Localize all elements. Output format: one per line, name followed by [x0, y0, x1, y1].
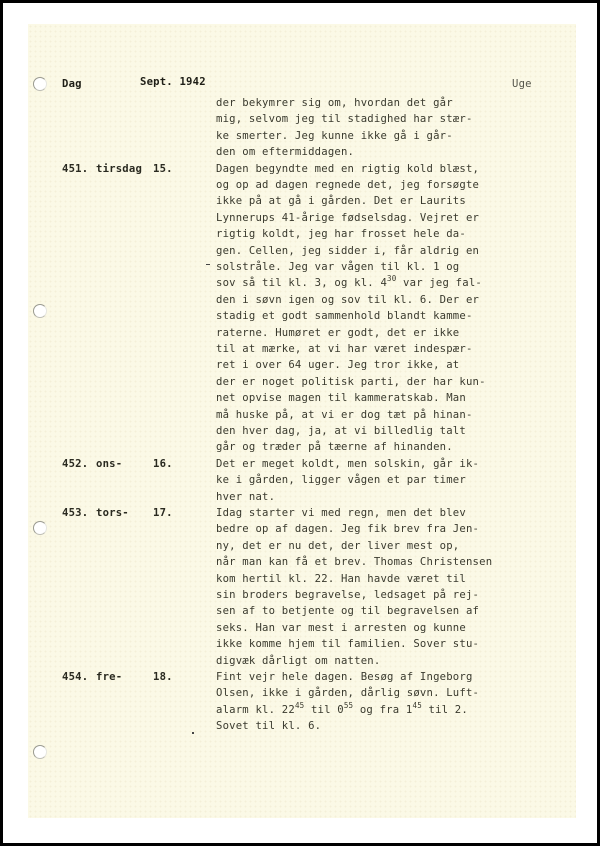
entry-text-line: den hver dag, ja, at vi billedlig talt — [216, 425, 466, 437]
punch-hole — [33, 77, 47, 91]
entry-text-line: må huske på, at vi er dog tæt på hinan- — [216, 409, 473, 421]
entry-text-line: net opvise magen til kammeratskab. Man — [216, 392, 466, 404]
entry-text-line: Det er meget koldt, men solskin, går ik- — [216, 458, 479, 470]
stray-mark — [206, 264, 210, 265]
entry-text-line: Idag starter vi med regn, men det blev — [216, 507, 466, 519]
month-year-header: Sept. 1942 — [140, 76, 206, 88]
entry-weekday: fre- — [96, 671, 122, 683]
entry-text-line: ikke på at gå i gården. Det er Laurits — [216, 195, 466, 207]
entry-text-line: ret i over 64 uger. Jeg tror ikke, at — [216, 359, 459, 371]
entry-text-line: Sovet til kl. 6. — [216, 720, 321, 732]
entry-text-line: sin broders begravelse, ledsaget på rej- — [216, 589, 479, 601]
entry-date: 17. — [153, 507, 173, 519]
punch-hole — [33, 745, 47, 759]
entry-text-line: der er noget politisk parti, der har kun… — [216, 376, 486, 388]
entry-text-line: og op ad dagen regnede det, jeg forsøgte — [216, 179, 479, 191]
week-column-header: Uge — [512, 78, 532, 90]
entry-text-line: mig, selvom jeg til stadighed har stær- — [216, 113, 473, 125]
entry-text-line: raterne. Humøret er godt, det er ikke — [216, 327, 459, 339]
entry-text-line: Olsen, ikke i gården, dårlig søvn. Luft- — [216, 687, 479, 699]
entry-text-line: sen af to betjente og til begravelsen af — [216, 605, 479, 617]
stray-mark — [192, 732, 194, 734]
entry-text-line: ny, det er nu det, der liver mest op, — [216, 540, 459, 552]
entry-text-line: Fint vejr hele dagen. Besøg af Ingeborg — [216, 671, 473, 683]
entry-text-line: sov så til kl. 3, og kl. 430 var jeg fal… — [216, 277, 482, 289]
entry-text-line: rigtig koldt, jeg har frosset hele da- — [216, 228, 466, 240]
entry-number: 451. — [62, 163, 88, 175]
entry-weekday: tirsdag — [96, 163, 142, 175]
entry-text-line: når man kan få et brev. Thomas Christens… — [216, 556, 492, 568]
entry-number: 452. — [62, 458, 88, 470]
entry-text-line: stadig et godt sammenhold blandt kamme- — [216, 310, 473, 322]
entry-text-line: Lynnerups 41-årige fødselsdag. Vejret er — [216, 212, 479, 224]
entry-weekday: ons- — [96, 458, 122, 470]
entry-text-line: ke smerter. Jeg kunne ikke gå i går- — [216, 130, 453, 142]
entry-number: 453. — [62, 507, 88, 519]
entry-text-line: gen. Cellen, jeg sidder i, får aldrig en — [216, 245, 479, 257]
entry-text-line: den i søvn igen og sov til kl. 6. Der er — [216, 294, 479, 306]
entry-date: 15. — [153, 163, 173, 175]
entry-weekday: tors- — [96, 507, 129, 519]
punch-hole — [33, 521, 47, 535]
entry-text-line: ikke komme hjem til familien. Sover stu- — [216, 638, 479, 650]
entry-text-line: til at mærke, at vi har været indespær- — [216, 343, 473, 355]
entry-text-line: den om eftermiddagen. — [216, 146, 354, 158]
entry-text-line: alarm kl. 2245 til 055 og fra 145 til 2. — [216, 704, 468, 716]
entry-text-line: Dagen begyndte med en rigtig kold blæst, — [216, 163, 479, 175]
day-column-header: Dag — [62, 78, 82, 90]
entry-date: 18. — [153, 671, 173, 683]
entry-text-line: der bekymrer sig om, hvordan det går — [216, 97, 453, 109]
entry-text-line: går og træder på tæerne af hinanden. — [216, 441, 453, 453]
entry-text-line: bedre op af dagen. Jeg fik brev fra Jen- — [216, 523, 479, 535]
entry-number: 454. — [62, 671, 88, 683]
punch-hole — [33, 304, 47, 318]
entry-text-line: solstråle. Jeg var vågen til kl. 1 og — [216, 261, 459, 273]
entry-text-line: hver nat. — [216, 491, 275, 503]
entry-text-line: digvæk dårligt om natten. — [216, 655, 380, 667]
entry-text-line: seks. Han var mest i arresten og kunne — [216, 622, 466, 634]
entry-text-line: ke i gården, ligger vågen et par timer — [216, 474, 466, 486]
entry-date: 16. — [153, 458, 173, 470]
entry-text-line: kom hertil kl. 22. Han havde været til — [216, 573, 466, 585]
